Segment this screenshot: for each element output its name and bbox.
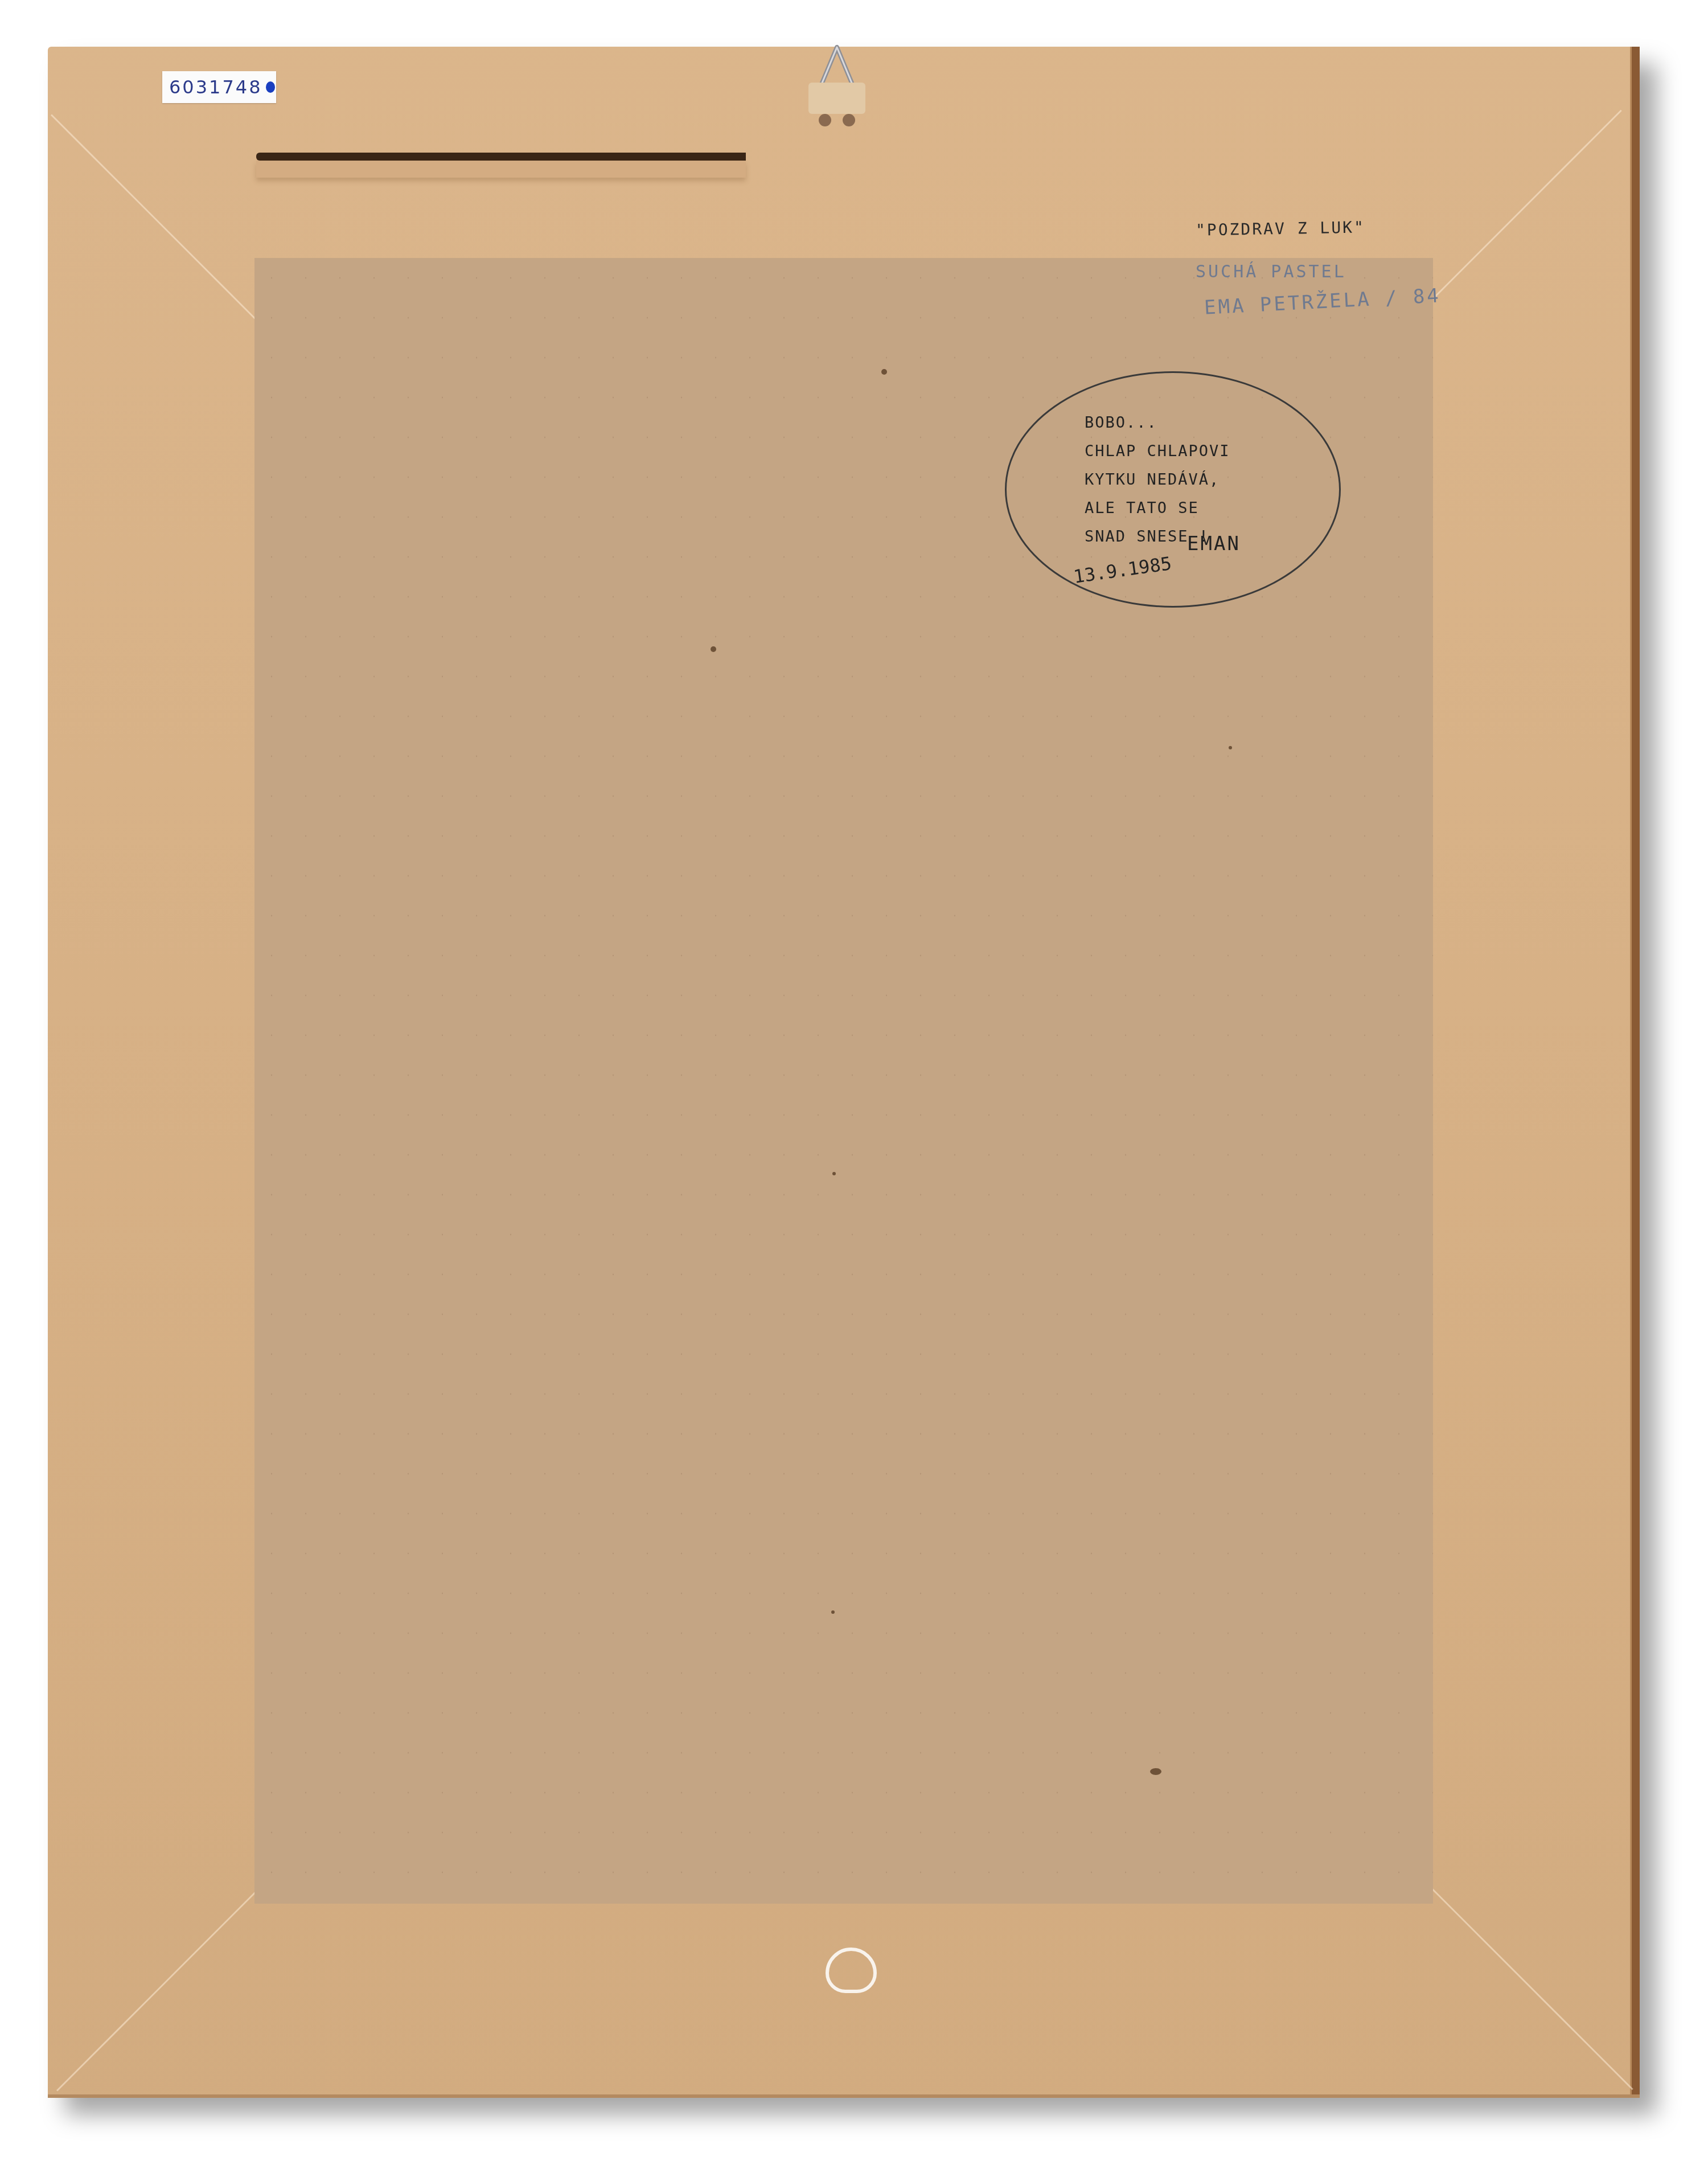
rivet-icon: [843, 114, 855, 126]
technique-text: SUCHÁ PASTEL: [1196, 262, 1346, 282]
speck: [711, 646, 716, 652]
speck: [1229, 746, 1232, 749]
dedication-line: CHLAP CHLAPOVI: [1085, 437, 1230, 466]
artwork-title: "POZDRAV Z LUK": [1196, 218, 1365, 239]
speck: [832, 1172, 836, 1175]
inventory-label: 6031748: [162, 71, 276, 103]
speck: [1150, 1768, 1161, 1775]
dedication-line: KYTKU NEDÁVÁ,: [1085, 466, 1230, 494]
blue-dot-icon: [266, 81, 275, 93]
dedication-line: BOBO...: [1085, 409, 1230, 437]
dedication-signature: EMAN: [1187, 532, 1241, 555]
frame-edge-right: [1630, 47, 1640, 2098]
dedication-note: BOBO... CHLAP CHLAPOVI KYTKU NEDÁVÁ, ALE…: [1085, 409, 1230, 551]
frame-edge-bottom: [48, 2094, 1640, 2098]
dedication-line: ALE TATO SE: [1085, 494, 1230, 523]
wire-hook-icon: [826, 1948, 877, 1993]
speck: [881, 369, 887, 375]
paper-tear-flap: [256, 161, 746, 178]
rivet-icon: [819, 114, 831, 126]
hanger-plate: [808, 83, 865, 114]
inventory-number: 6031748: [169, 76, 262, 98]
paper-tear-slit: [256, 153, 746, 161]
speck: [831, 1610, 835, 1614]
